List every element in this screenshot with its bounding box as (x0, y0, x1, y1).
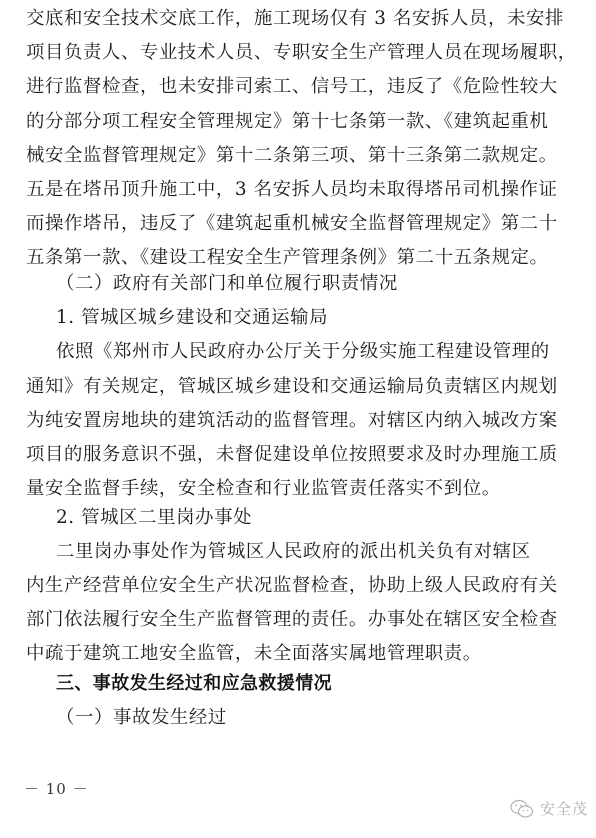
body-line-2: 项目负责人、专业技术人员、专职安全生产管理人员在现场履职， (26, 42, 566, 64)
watermark-label: 安全茂 (540, 798, 588, 819)
body-line-3: 进行监督检查，也未安排司索工、信号工，违反了《危险性较大 (26, 76, 566, 98)
body-line-15: 量安全监督手续，安全检查和行业监管责任落实不到位。 (26, 478, 566, 500)
body-line-19: 部门依法履行安全生产监督管理的责任。办事处在辖区安全检查 (26, 609, 566, 631)
item-heading-bureau: 1. 管城区城乡建设和交通运输局 (56, 307, 596, 329)
item-heading-office: 2. 管城区二里岗办事处 (56, 507, 596, 529)
body-line-6: 五是在塔吊顶升施工中，3 名安拆人员均未取得塔吊司机操作证 (26, 179, 566, 201)
body-line-14: 项目的服务意识不强，未督促建设单位按照要求及时办理施工质 (26, 444, 566, 466)
body-line-20: 中疏于建筑工地安全监管，未全面落实属地管理职责。 (26, 643, 566, 665)
wechat-icon (510, 799, 534, 819)
body-line-1: 交底和安全技术交底工作，施工现场仅有 3 名安拆人员，未安排 (26, 8, 566, 30)
body-line-11: 依照《郑州市人民政府办公厅关于分级实施工程建设管理的 (56, 341, 596, 363)
body-line-5: 械安全监督管理规定》第十二条第三项、第十三条第二款规定。 (26, 145, 566, 167)
body-line-12: 通知》有关规定，管城区城乡建设和交通运输局负责辖区内规划 (26, 376, 566, 398)
page-number: － 10 － (24, 778, 89, 799)
section-subheading-accident-process: （一）事故发生经过 (56, 707, 596, 729)
body-line-4: 的分部分项工程安全管理规定》第十七条第一款、《建筑起重机 (26, 111, 566, 133)
body-line-7: 而操作塔吊，违反了《建筑起重机械安全监督管理规定》第二十 (26, 213, 566, 235)
section-subheading-government-duties: （二）政府有关部门和单位履行职责情况 (56, 273, 596, 295)
body-line-13: 为纯安置房地块的建筑活动的监督管理。对辖区内纳入城改方案 (26, 410, 566, 432)
body-line-17: 二里岗办事处作为管城区人民政府的派出机关负有对辖区 (56, 541, 596, 563)
body-line-8: 五条第一款、《建设工程安全生产管理条例》第二十五条规定。 (26, 247, 566, 269)
section-heading-accident: 三、事故发生经过和应急救援情况 (56, 673, 596, 695)
document-page: 交底和安全技术交底工作，施工现场仅有 3 名安拆人员，未安排 项目负责人、专业技… (0, 0, 596, 838)
body-line-18: 内生产经营单位安全生产状况监督检查，协助上级人民政府有关 (26, 575, 566, 597)
watermark: 安全茂 (510, 798, 588, 819)
